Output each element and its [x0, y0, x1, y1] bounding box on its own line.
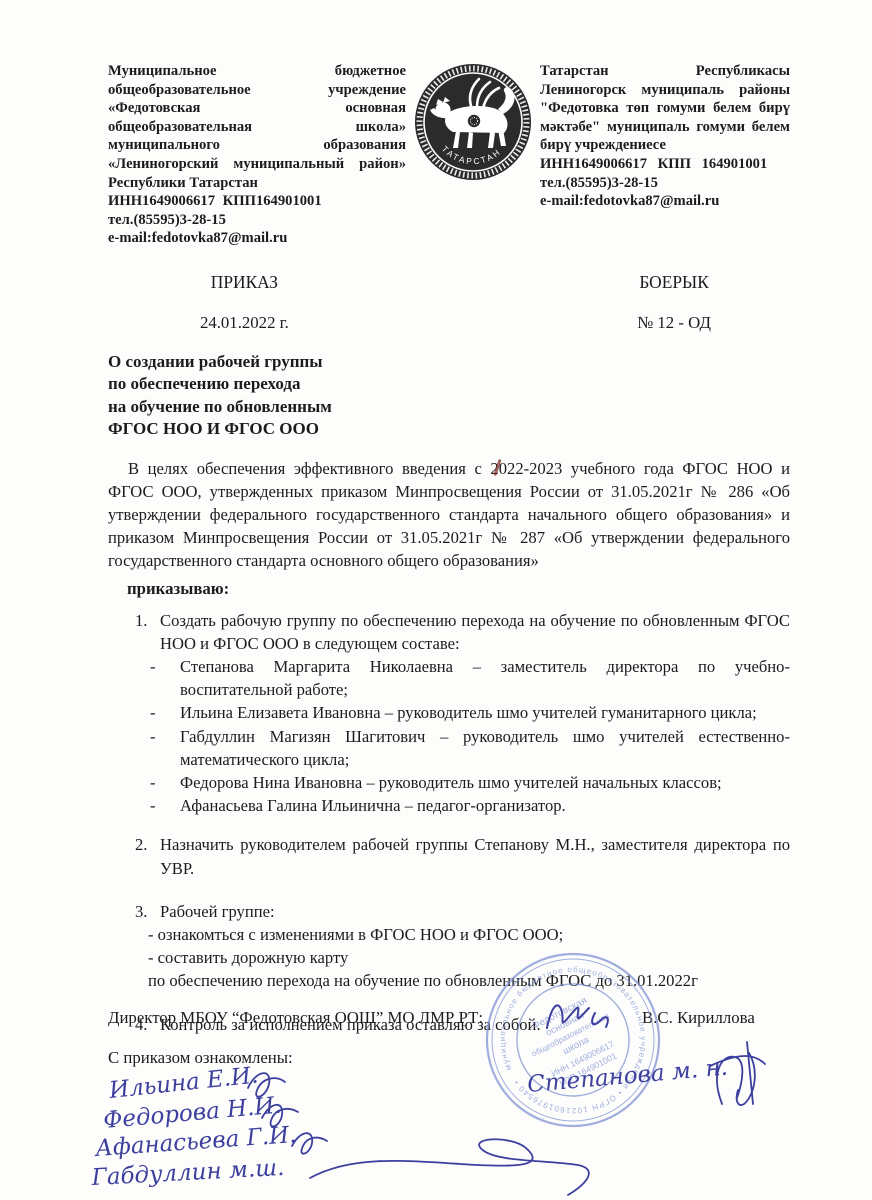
- org-phone-russian: тел.(85595)3-28-15: [108, 211, 406, 230]
- acknowledged-label: С приказом ознакомлены:: [108, 1048, 293, 1068]
- subject-line-3: на обучение по обновленным: [108, 396, 790, 418]
- order-items: 1. Создать рабочую группу по обеспечению…: [108, 609, 790, 1036]
- dash-marker: -: [150, 655, 180, 701]
- signature-name: Степанова м. н.: [526, 1055, 729, 1098]
- org-email-russian: e-mail:fedotovka87@mail.ru: [108, 229, 406, 248]
- item-number: 2.: [108, 833, 160, 879]
- org-inn-kpp-tatar: ИНН1649006617 КПП 164901001: [540, 155, 790, 174]
- tatarstan-emblem-icon: ТАТАРСТАН: [411, 58, 535, 186]
- org-phone-tatar: тел.(85595)3-28-15: [540, 174, 790, 193]
- order-item-2: 2. Назначить руководителем рабочей групп…: [108, 833, 790, 879]
- item-3-line-3: по обеспечению перехода на обучение по о…: [148, 969, 790, 992]
- signature-name: Габдуллин м.ш.: [90, 1155, 285, 1191]
- order-title-ru: ПРИКАЗ: [108, 272, 381, 293]
- preamble-text: В целях обеспечения эффективного введени…: [108, 459, 790, 571]
- order-number: № 12 - ОД: [558, 313, 790, 333]
- item-1-text: Создать рабочую группу по обеспечению пе…: [160, 609, 790, 655]
- workgroup-member: - Федорова Нина Ивановна – руководитель …: [150, 771, 790, 794]
- workgroup-member: - Ильина Елизавета Ивановна – руководите…: [150, 701, 790, 724]
- letterhead-russian-column: Муниципальное бюджетное общеобразователь…: [108, 62, 406, 248]
- letterhead-tatar-column: Татарстан Республикасы Лениногорск муниц…: [540, 62, 790, 211]
- preamble-paragraph: В целях обеспечения эффективного введени…: [108, 457, 790, 573]
- item-3-text: Рабочей группе:: [160, 900, 790, 923]
- order-date-row: 24.01.2022 г. № 12 - ОД: [108, 313, 790, 333]
- order-title-row: ПРИКАЗ БОЕРЫК: [108, 272, 790, 293]
- org-inn-kpp-russian: ИНН1649006617 КПП164901001: [108, 192, 406, 211]
- order-title-tatar: БОЕРЫК: [558, 272, 790, 293]
- order-item-1: 1. Создать рабочую группу по обеспечению…: [108, 609, 790, 818]
- stamp-line: ИНН 1649006617: [550, 1039, 616, 1079]
- subject-line-2: по обеспечению перехода: [108, 373, 790, 395]
- signature-name: Ильина Е.И.: [107, 1062, 260, 1104]
- workgroup-member: - Габдуллин Магизян Шагитович – руководи…: [150, 725, 790, 771]
- dash-marker: -: [150, 771, 180, 794]
- director-signature-label: Директор МБОУ “Федотовская ООШ” МО ЛМР Р…: [108, 1008, 483, 1028]
- dash-marker: -: [150, 701, 180, 724]
- stamp-line: КПП 164901001: [558, 1051, 619, 1089]
- director-name: В.С. Кириллова: [642, 1008, 755, 1028]
- emblem-container: ТАТАРСТАН: [406, 58, 540, 186]
- item-3-line-2: - составить дорожную карту: [148, 946, 790, 969]
- subject-line-4: ФГОС НОО И ФГОС ООО: [108, 418, 790, 440]
- order-item-3: 3. Рабочей группе: - ознакомться с измен…: [108, 900, 790, 993]
- item-2-text: Назначить руководителем рабочей группы С…: [160, 833, 790, 879]
- item-3-sublines: - ознакомться с изменениями в ФГОС НОО и…: [148, 923, 790, 993]
- org-email-tatar: e-mail:fedotovka87@mail.ru: [540, 192, 790, 211]
- signature-name: Федорова Н.И.: [102, 1092, 282, 1133]
- subject-line-1: О создании рабочей группы: [108, 351, 790, 373]
- letterhead: Муниципальное бюджетное общеобразователь…: [108, 62, 790, 248]
- stamp-line: школа: [561, 1034, 591, 1057]
- order-subject: О создании рабочей группы по обеспечению…: [108, 351, 790, 441]
- org-name-russian: Муниципальное бюджетное общеобразователь…: [108, 62, 406, 192]
- workgroup-member: - Степанова Маргарита Николаевна – замес…: [150, 655, 790, 701]
- workgroup-member: - Афанасьева Галина Ильинична – педагог-…: [150, 794, 790, 817]
- scanned-order-document: Муниципальное бюджетное общеобразователь…: [0, 0, 872, 1200]
- acknowledgement-signatures: Ильина Е.И. Федорова Н.И. Афанасьева Г.И…: [90, 1062, 589, 1195]
- dash-marker: -: [150, 794, 180, 817]
- decree-word: приказываю:: [127, 579, 790, 599]
- signature-name: Афанасьева Г.И.: [93, 1122, 298, 1162]
- item-3-line-1: - ознакомться с изменениями в ФГОС НОО и…: [148, 923, 790, 946]
- order-date: 24.01.2022 г.: [108, 313, 381, 333]
- dash-marker: -: [150, 725, 180, 771]
- stepanova-signature: Степанова м. н.: [526, 1042, 765, 1105]
- org-name-tatar: Татарстан Республикасы Лениногорск муниц…: [540, 62, 790, 155]
